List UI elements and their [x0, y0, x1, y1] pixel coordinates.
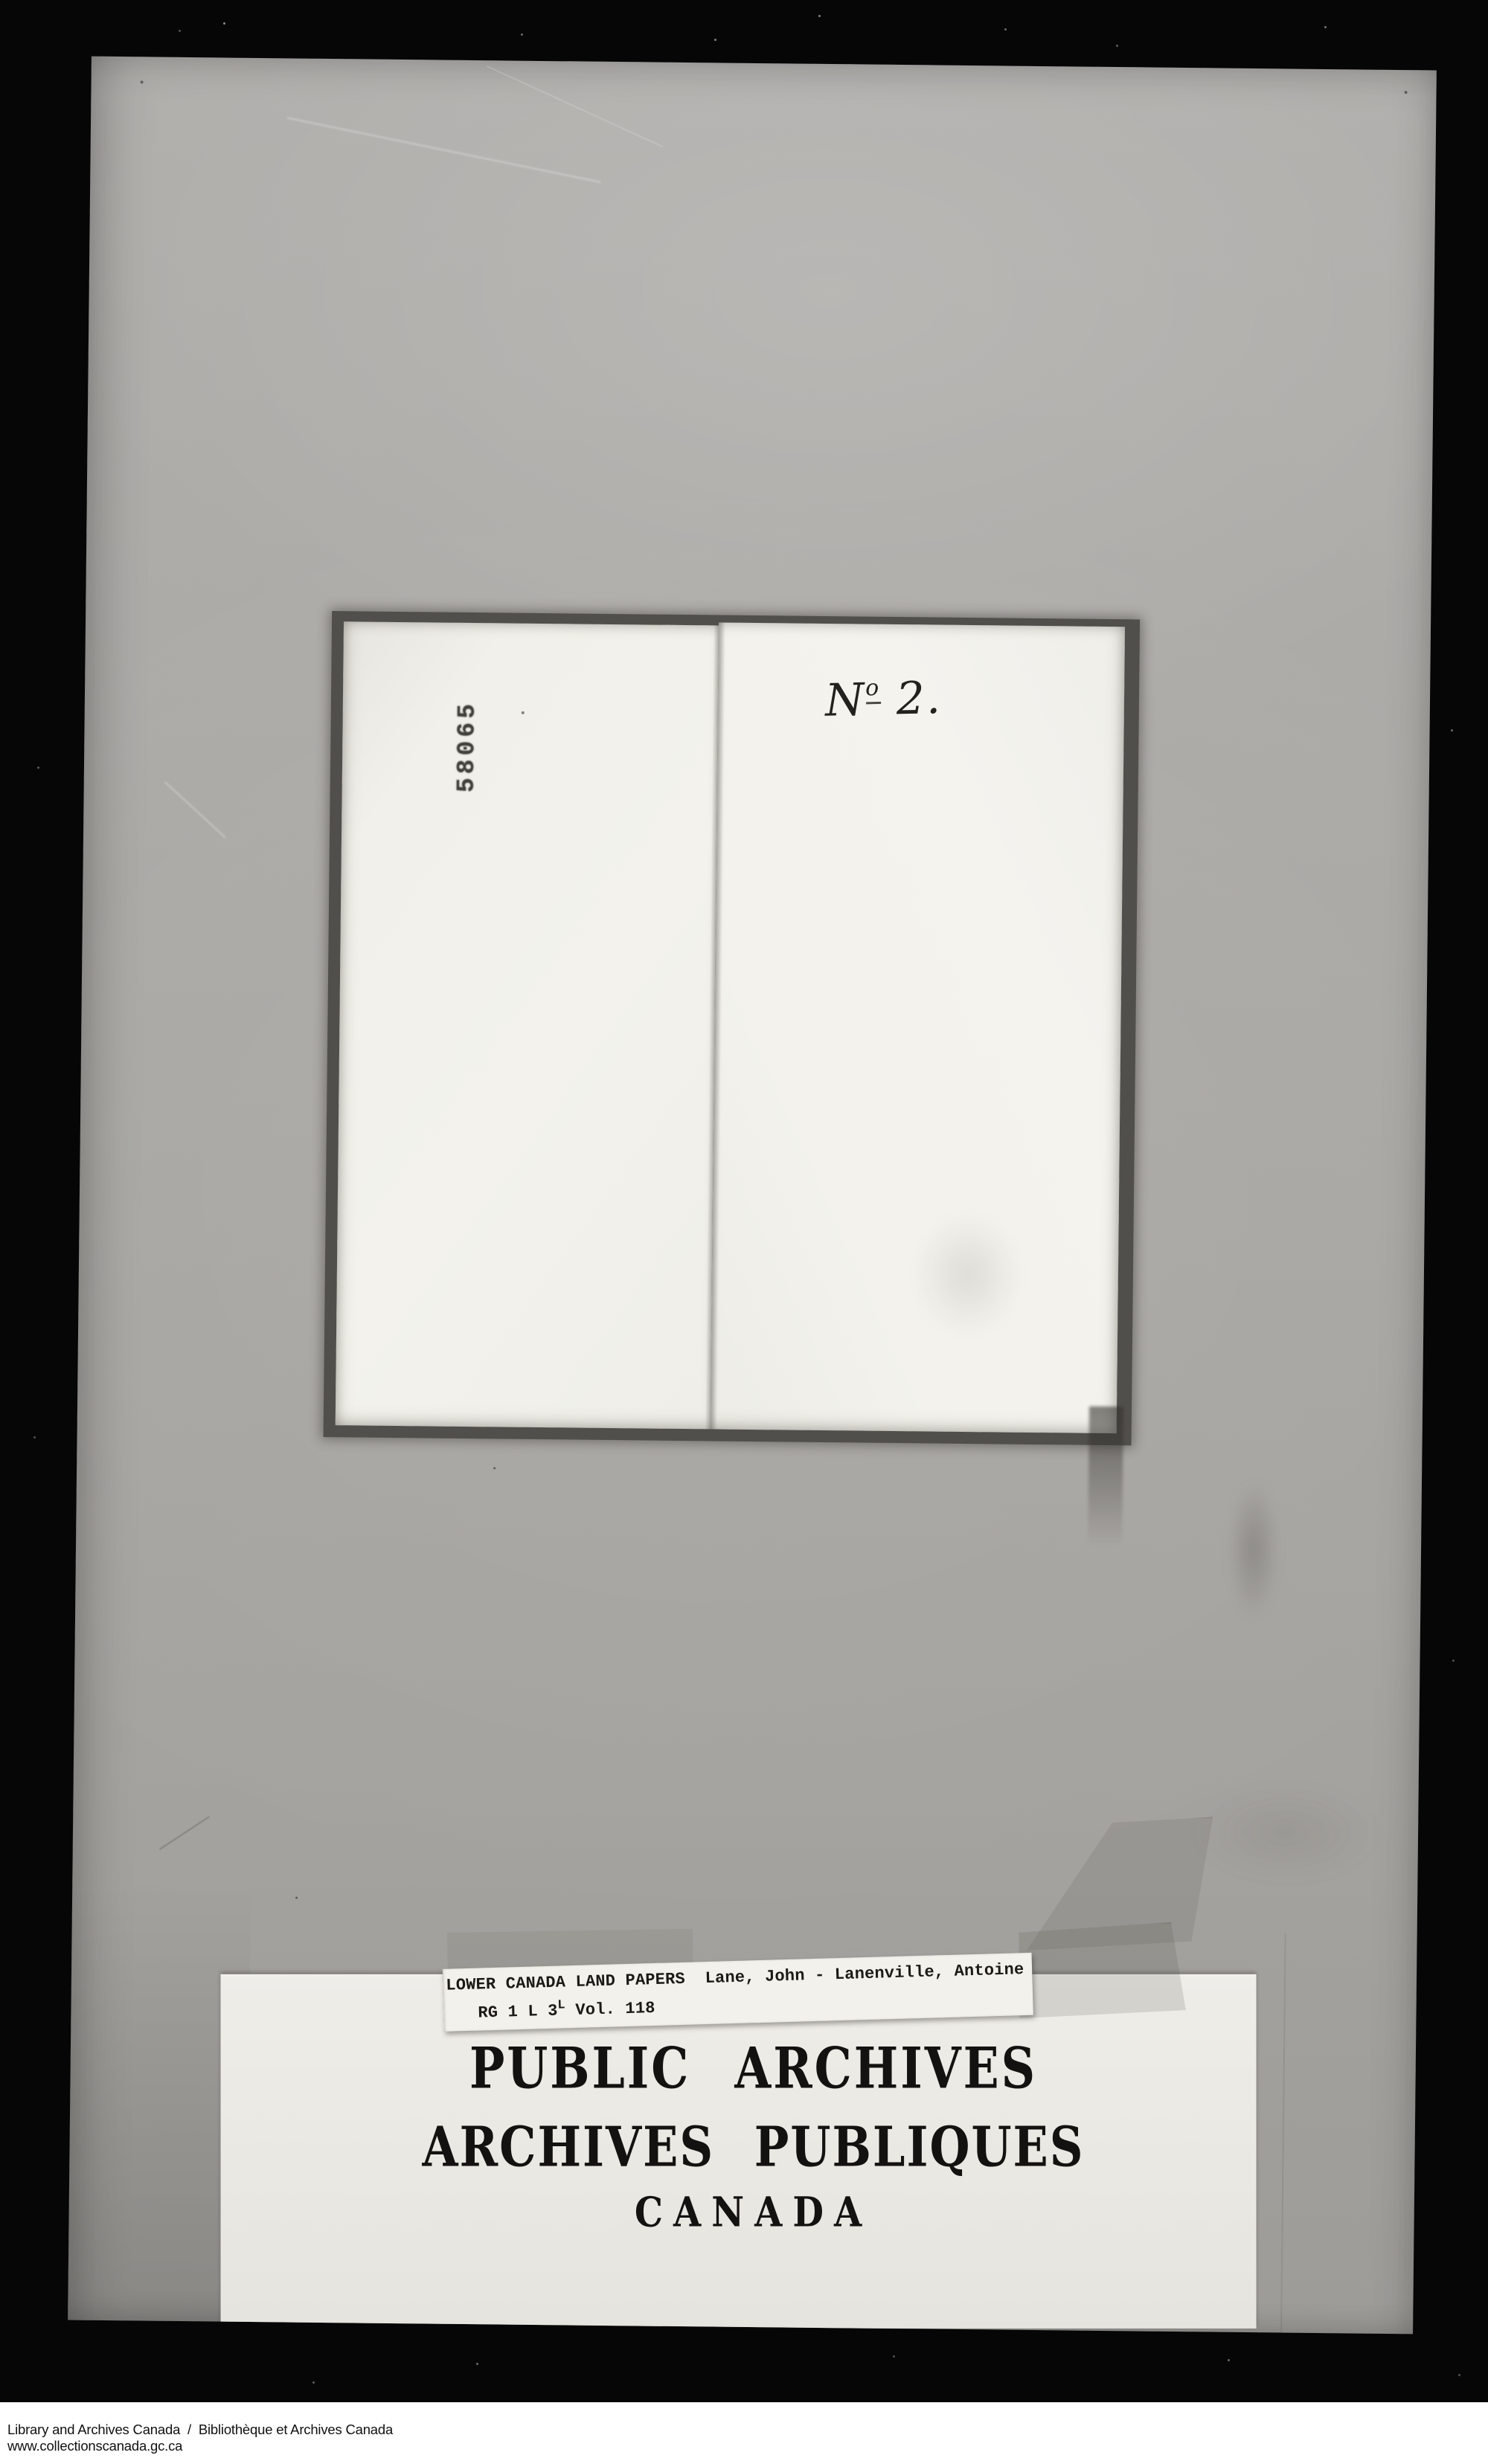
- archives-title-sheet: PUBLIC ARCHIVES ARCHIVES PUBLIQUES CANAD…: [221, 1974, 1257, 2329]
- label-superscript: L: [557, 1998, 565, 2012]
- public-archives-title: PUBLIC ARCHIVES: [221, 2035, 1257, 2102]
- label-volume: Vol. 118: [565, 1999, 655, 2020]
- document-right-page: [711, 622, 1125, 1433]
- footer-institution-line: Library and Archives Canada / Bibliothèq…: [7, 2422, 393, 2438]
- film-scratch: [487, 65, 663, 147]
- backdrop-crease-line: [1280, 1933, 1286, 2333]
- film-scratch: [164, 781, 225, 838]
- tape-piece-right-lower: [1014, 1921, 1190, 2022]
- handwritten-number-note: No 2.: [824, 672, 943, 727]
- catalogue-label-line2: RG 1 L 3L Vol. 118: [478, 1996, 655, 2023]
- folded-document: [324, 611, 1141, 1445]
- backdrop-smudge: [1188, 1779, 1382, 1886]
- backdrop-smudge: [1227, 1479, 1280, 1621]
- handnote-letter: N: [824, 673, 866, 726]
- film-scratch: [159, 1816, 210, 1850]
- dust-speck: [295, 1897, 298, 1899]
- footer-strip: Library and Archives Canada / Bibliothèq…: [0, 2402, 1488, 2464]
- canada-title: CANADA: [221, 2189, 1257, 2236]
- dust-speck: [141, 80, 144, 83]
- film-dust-speckles: [223, 22, 225, 25]
- archives-publiques-title: ARCHIVES PUBLIQUES: [221, 2114, 1257, 2180]
- dust-speck: [493, 1467, 496, 1469]
- document-edge-shadow: [1088, 1407, 1123, 1548]
- film-scratch: [287, 117, 601, 182]
- label-reference-code: RG 1 L 3: [478, 2002, 558, 2023]
- document-left-page: [336, 621, 719, 1429]
- microfilm-frame: 58065 No 2. PUBLIC ARCHIVES ARCHIVES PUB…: [0, 0, 1488, 2464]
- handnote-rest: 2.: [880, 672, 943, 726]
- handnote-superscript: o: [865, 675, 881, 704]
- photo-backdrop: 58065 No 2. PUBLIC ARCHIVES ARCHIVES PUB…: [68, 57, 1437, 2335]
- footer-url: www.collectionscanada.gc.ca: [7, 2438, 182, 2454]
- ink-speck: [522, 711, 525, 714]
- dust-speck: [1405, 91, 1408, 94]
- archive-stamp-number: 58065: [452, 679, 487, 813]
